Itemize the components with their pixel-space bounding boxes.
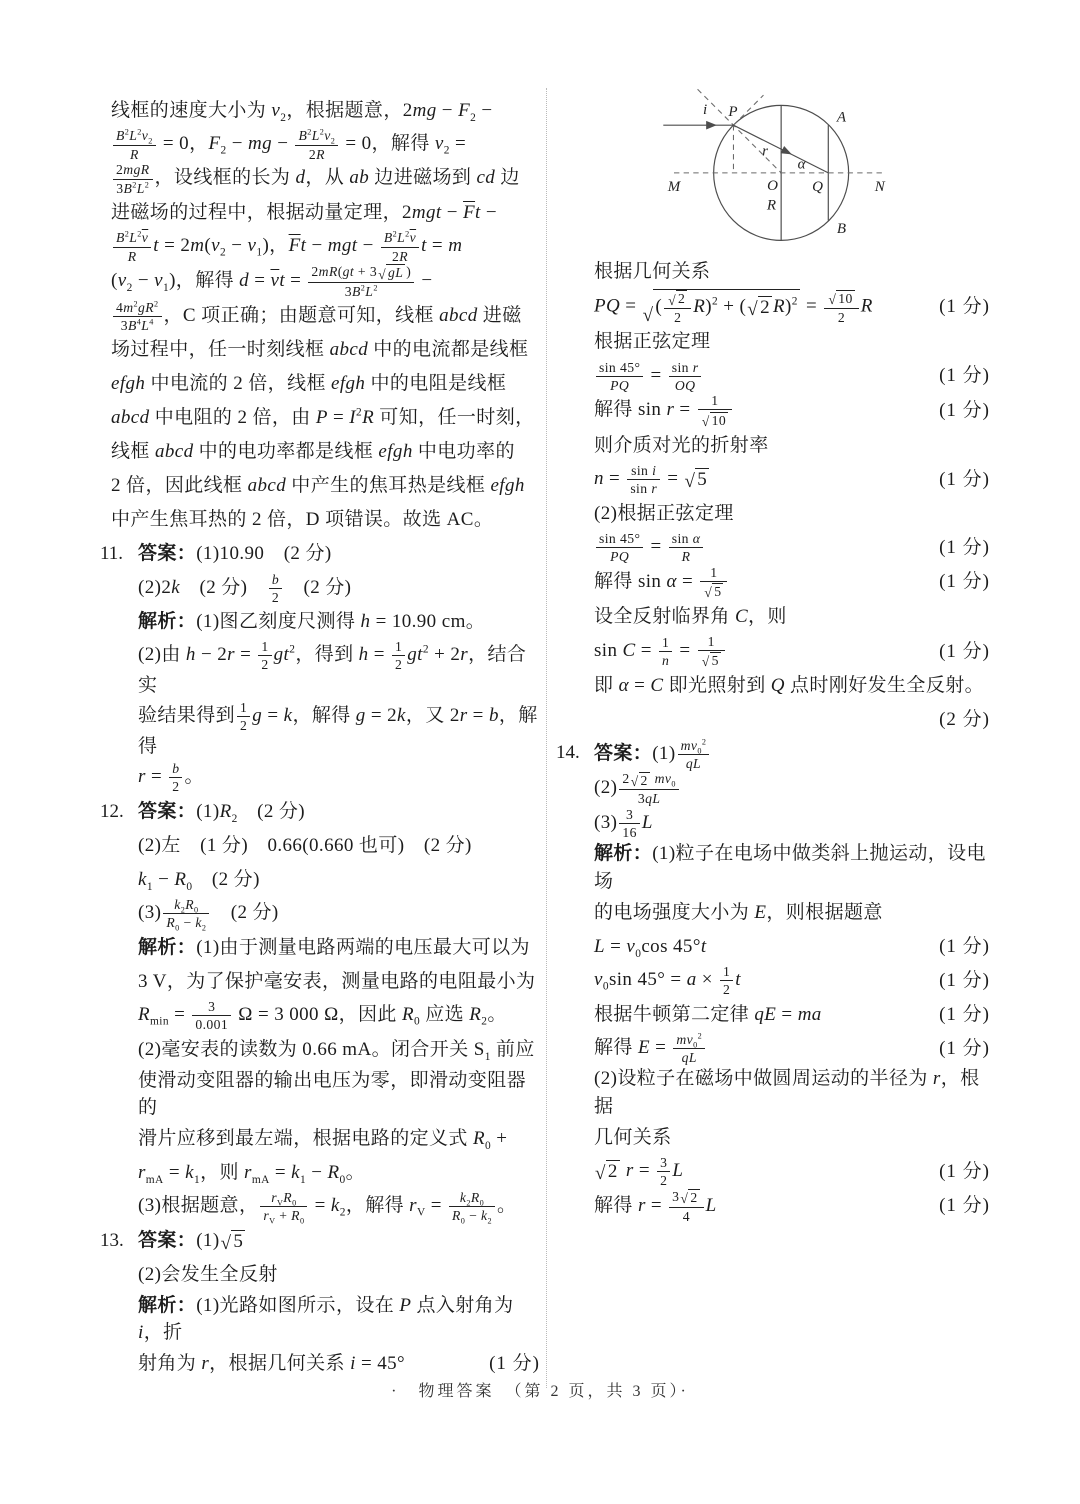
text-line: 线框的速度大小为 v2，根据题意，2mg − F2 −	[111, 94, 540, 128]
text-line: 即 α = C 即光照射到 Q 点时刚好发生全反射。	[594, 669, 990, 703]
score-mark: (1 分)	[939, 293, 990, 321]
text-line: 13.答案：(1)√5	[138, 1224, 540, 1258]
line-text: 14.答案：(1)mv02qL	[594, 738, 711, 771]
line-text: 根据牛顿第二定律 qE = ma	[594, 1001, 822, 1029]
score-mark: (1 分)	[939, 638, 990, 666]
line-text: 几何关系	[594, 1124, 672, 1152]
text-line: k1 − R0 (2 分)	[138, 863, 540, 897]
text-line: v0sin 45° = a × 12t(1 分)	[594, 963, 990, 997]
line-text: 13.答案：(1)√5	[138, 1227, 246, 1255]
normal-dashed	[698, 89, 782, 173]
text-line: (2 分)	[594, 703, 990, 737]
text-line: B2L2vRt = 2m(v2 − v1)，Ft − mgt − B2L2v2R…	[111, 230, 540, 264]
text-line: 解得 sin r = 1√10(1 分)	[594, 393, 990, 428]
problem-number: 13.	[100, 1227, 138, 1255]
text-line: 的电场强度大小为 E，则根据题意	[594, 895, 990, 929]
text-line: 3 V，为了保护毫安表，测量电路的电阻最小为	[138, 965, 540, 999]
text-line: abcd 中电阻的 2 倍，由 P = I2R 可知，任一时刻，	[111, 401, 540, 435]
optics-diagram-svg: P i A B M N O Q R r α	[644, 86, 944, 249]
line-text: 解析：(1)由于测量电路两端的电压最大可以为	[138, 934, 530, 962]
line-text: 解得 r = 3√24L	[594, 1189, 717, 1224]
continuation-block: 根据几何关系PQ = √(√22R)2 + (√2R)2 = √102R(1 分…	[594, 255, 990, 737]
score-mark: (2 分)	[939, 706, 990, 734]
text-line: 使滑动变阻器的输出电压为零，即滑动变阻器的	[138, 1067, 540, 1122]
left-column: 线框的速度大小为 v2，根据题意，2mg − F2 −B2L2v2R = 0，F…	[100, 94, 540, 1381]
page-footer: · 物理答案 （第 2 页，共 3 页）·	[0, 1378, 1080, 1401]
score-mark: (1 分)	[939, 534, 990, 562]
line-text: (2)根据正弦定理	[594, 500, 734, 528]
figure-label-A: A	[836, 109, 847, 125]
line-text: sin 45°PQ = sin rOQ	[594, 360, 703, 393]
text-line: sin C = 1n = 1√5(1 分)	[594, 634, 990, 669]
line-text: sin C = 1n = 1√5	[594, 634, 727, 669]
text-line: 解得 r = 3√24L(1 分)	[594, 1189, 990, 1224]
line-text: 2mgR3B2L2，设线框的长为 d，从 ab 边进磁场到 cd 边	[111, 162, 520, 195]
line-text: (2)由 h − 2r = 12gt2，得到 h = 12gt2 + 2r，结合…	[138, 639, 540, 700]
text-line: (3)316L	[594, 806, 990, 840]
line-text: B2L2v2R = 0，F2 − mg − B2L2v22R = 0，解得 v2…	[111, 128, 466, 161]
text-line: 11.答案：(1)10.90 (2 分)	[138, 537, 540, 571]
text-line: 滑片应移到最左端，根据电路的定义式 R0 +	[138, 1122, 540, 1156]
text-line: 验结果得到12g = k，解得 g = 2k，又 2r = b，解得	[138, 700, 540, 761]
figure-label-r: r	[762, 144, 768, 160]
text-line: PQ = √(√22R)2 + (√2R)2 = √102R(1 分)	[594, 289, 990, 325]
figure-label-B: B	[837, 221, 846, 237]
problem-block: 13.答案：(1)√5(2)会发生全反射解析：(1)光路如图所示，设在 P 点入…	[138, 1224, 540, 1381]
text-line: sin 45°PQ = sin αR(1 分)	[594, 531, 990, 565]
text-line: 解得 E = mv02qL(1 分)	[594, 1031, 990, 1065]
line-text: (2)设粒子在磁场中做圆周运动的半径为 r，根据	[594, 1065, 990, 1120]
text-line: 解得 sin α = 1√5(1 分)	[594, 565, 990, 600]
text-line: (2)设粒子在磁场中做圆周运动的半径为 r，根据	[594, 1065, 990, 1120]
line-text: 进磁场的过程中，根据动量定理，2mgt − Ft −	[111, 199, 497, 227]
score-mark: (1 分)	[939, 568, 990, 596]
line-text: 解析：(1)光路如图所示，设在 P 点入射角为 i，折	[138, 1292, 540, 1347]
line-text: 即 α = C 即光照射到 Q 点时刚好发生全反射。	[594, 672, 984, 700]
line-text: 滑片应移到最左端，根据电路的定义式 R0 +	[138, 1125, 507, 1153]
line-text: 12.答案：(1)R2 (2 分)	[138, 798, 305, 826]
line-text: 根据正弦定理	[594, 328, 710, 356]
text-line: 2mgR3B2L2，设线框的长为 d，从 ab 边进磁场到 cd 边	[111, 162, 540, 196]
line-text: (2)2√2 mv03qL	[594, 771, 681, 806]
line-text: 射角为 r，根据几何关系 i = 45°	[138, 1350, 405, 1378]
text-line: 4m2gR23B4L4，C 项正确；由题意可知，线框 abcd 进磁	[111, 299, 540, 333]
text-line: (2)2k (2 分) b2 (2 分)	[138, 571, 540, 605]
line-text: √2 r = 32L	[594, 1155, 683, 1188]
optics-figure: P i A B M N O Q R r α	[644, 86, 990, 249]
text-line: 进磁场的过程中，根据动量定理，2mgt − Ft −	[111, 196, 540, 230]
text-line: B2L2v2R = 0，F2 − mg − B2L2v22R = 0，解得 v2…	[111, 128, 540, 162]
score-mark: (1 分)	[939, 1158, 990, 1186]
line-text: 解析：(1)粒子在电场中做类斜上抛运动，设电场	[594, 840, 990, 895]
text-line: efgh 中电流的 2 倍，线框 efgh 中的电阻是线框	[111, 367, 540, 401]
score-mark: (1 分)	[939, 933, 990, 961]
text-line: n = sin isin r = √5(1 分)	[594, 463, 990, 497]
problem-number: 11.	[100, 540, 138, 568]
continuation-block: 线框的速度大小为 v2，根据题意，2mg − F2 −B2L2v2R = 0，F…	[111, 94, 540, 537]
text-line: 解析：(1)由于测量电路两端的电压最大可以为	[138, 931, 540, 965]
line-text: 解得 E = mv02qL	[594, 1032, 707, 1065]
line-text: 线框 abcd 中的电功率都是线框 efgh 中电功率的	[111, 438, 515, 466]
line-text: 的电场强度大小为 E，则根据题意	[594, 899, 883, 927]
text-line: 根据正弦定理	[594, 325, 990, 359]
figure-label-N: N	[874, 179, 886, 195]
problem-block: 11.答案：(1)10.90 (2 分)(2)2k (2 分) b2 (2 分)…	[138, 537, 540, 794]
line-text: (v2 − v1)，解得 d = vt = 2mR(gt + 3√gL)3B2L…	[111, 264, 432, 299]
score-mark: (1 分)	[939, 1192, 990, 1220]
column-divider	[546, 88, 547, 1388]
line-text: (2)左 (1 分) 0.66(0.660 也可) (2 分)	[138, 832, 472, 860]
line-text: 中产生焦耳热的 2 倍，D 项错误。故选 AC。	[111, 506, 493, 534]
score-mark: (1 分)	[939, 1035, 990, 1063]
problem-block: 14.答案：(1)mv02qL(2)2√2 mv03qL(3)316L解析：(1…	[594, 737, 990, 1224]
text-line: r = b2。	[138, 761, 540, 795]
line-text: 11.答案：(1)10.90 (2 分)	[138, 540, 332, 568]
text-line: 根据几何关系	[594, 255, 990, 289]
line-text: efgh 中电流的 2 倍，线框 efgh 中的电阻是线框	[111, 370, 506, 398]
text-line: (2)会发生全反射	[138, 1258, 540, 1292]
line-text: (3)k2R0R0 − k2 (2 分)	[138, 897, 279, 930]
problem-block: 12.答案：(1)R2 (2 分)(2)左 (1 分) 0.66(0.660 也…	[138, 795, 540, 1224]
score-mark: (1 分)	[939, 1001, 990, 1029]
line-text: v0sin 45° = a × 12t	[594, 964, 741, 997]
line-text: (3)316L	[594, 807, 653, 840]
text-line: 射角为 r，根据几何关系 i = 45°(1 分)	[138, 1347, 540, 1381]
line-text: (2)会发生全反射	[138, 1261, 278, 1289]
text-line: (2)根据正弦定理	[594, 497, 990, 531]
line-text: (2)2k (2 分) b2 (2 分)	[138, 572, 351, 605]
line-text: (2)毫安表的读数为 0.66 mA。闭合开关 S1 前应	[138, 1036, 535, 1064]
text-line: L = v0cos 45°t(1 分)	[594, 929, 990, 963]
line-text: 根据几何关系	[594, 258, 710, 286]
text-line: 解析：(1)光路如图所示，设在 P 点入射角为 i，折	[138, 1292, 540, 1347]
text-line: (2)由 h − 2r = 12gt2，得到 h = 12gt2 + 2r，结合…	[138, 639, 540, 700]
score-mark: (1 分)	[939, 466, 990, 494]
line-text: Rmin = 30.001 Ω = 3 000 Ω，因此 R0 应选 R2。	[138, 999, 507, 1032]
text-line: 解析：(1)粒子在电场中做类斜上抛运动，设电场	[594, 840, 990, 895]
text-line: 根据牛顿第二定律 qE = ma(1 分)	[594, 997, 990, 1031]
right-column: P i A B M N O Q R r α 根据几何关系PQ = √(√22R)…	[556, 86, 990, 1224]
text-line: 几何关系	[594, 1121, 990, 1155]
text-line: (2)毫安表的读数为 0.66 mA。闭合开关 S1 前应	[138, 1033, 540, 1067]
text-line: (3)根据题意，rVR0rV + R0 = k2，解得 rV = k2R0R0 …	[138, 1190, 540, 1224]
text-line: (2)2√2 mv03qL	[594, 771, 990, 806]
line-text: PQ = √(√22R)2 + (√2R)2 = √102R	[594, 289, 873, 325]
figure-label-i: i	[703, 102, 707, 118]
right-column-lines: 根据几何关系PQ = √(√22R)2 + (√2R)2 = √102R(1 分…	[556, 255, 990, 1224]
figure-label-O: O	[767, 178, 778, 194]
line-text: abcd 中电阻的 2 倍，由 P = I2R 可知，任一时刻，	[111, 404, 535, 432]
line-text: 线框的速度大小为 v2，根据题意，2mg − F2 −	[111, 97, 492, 125]
text-line: rmA = k1，则 rmA = k1 − R0。	[138, 1156, 540, 1190]
line-text: n = sin isin r = √5	[594, 463, 710, 496]
figure-label-alpha: α	[798, 157, 807, 173]
line-text: 解析：(1)图乙刻度尺测得 h = 10.90 cm。	[138, 608, 485, 636]
text-line: (v2 − v1)，解得 d = vt = 2mR(gt + 3√gL)3B2L…	[111, 264, 540, 299]
problem-number: 12.	[100, 798, 138, 826]
text-line: (3)k2R0R0 − k2 (2 分)	[138, 897, 540, 931]
text-line: 2 倍，因此线框 abcd 中产生的焦耳热是线框 efgh	[111, 469, 540, 503]
physics-answer-sheet-page: 线框的速度大小为 v2，根据题意，2mg − F2 −B2L2v2R = 0，F…	[0, 0, 1080, 1504]
line-text: sin 45°PQ = sin αR	[594, 531, 705, 564]
line-text: 解得 sin α = 1√5	[594, 565, 729, 600]
figure-label-R: R	[766, 197, 776, 213]
line-text: 解得 sin r = 1√10	[594, 393, 734, 428]
score-mark: (1 分)	[939, 362, 990, 390]
text-line: 线框 abcd 中的电功率都是线框 efgh 中电功率的	[111, 435, 540, 469]
line-text: 4m2gR23B4L4，C 项正确；由题意可知，线框 abcd 进磁	[111, 300, 522, 333]
score-mark: (1 分)	[939, 967, 990, 995]
line-text: k1 − R0 (2 分)	[138, 866, 260, 894]
line-text: 2 倍，因此线框 abcd 中产生的焦耳热是线框 efgh	[111, 472, 525, 500]
line-text: 使滑动变阻器的输出电压为零，即滑动变阻器的	[138, 1067, 540, 1122]
line-text: (3)根据题意，rVR0rV + R0 = k2，解得 rV = k2R0R0 …	[138, 1190, 516, 1223]
line-text: 设全反射临界角 C，则	[594, 603, 787, 631]
refracted-ray-arrowhead	[781, 146, 792, 154]
text-line: 解析：(1)图乙刻度尺测得 h = 10.90 cm。	[138, 605, 540, 639]
incident-ray-arrowhead	[706, 121, 717, 130]
line-text: 3 V，为了保护毫安表，测量电路的电阻最小为	[138, 968, 535, 996]
text-line: (2)左 (1 分) 0.66(0.660 也可) (2 分)	[138, 829, 540, 863]
text-line: 设全反射临界角 C，则	[594, 600, 990, 634]
figure-label-Q: Q	[812, 179, 823, 195]
text-line: sin 45°PQ = sin rOQ(1 分)	[594, 359, 990, 393]
line-text: 验结果得到12g = k，解得 g = 2k，又 2r = b，解得	[138, 700, 540, 761]
figure-label-M: M	[667, 179, 682, 195]
score-mark: (1 分)	[939, 397, 990, 425]
score-mark: (1 分)	[489, 1350, 540, 1378]
line-text: L = v0cos 45°t	[594, 933, 707, 961]
text-line: 场过程中，任一时刻线框 abcd 中的电流都是线框	[111, 333, 540, 367]
text-line: √2 r = 32L(1 分)	[594, 1155, 990, 1189]
text-line: 14.答案：(1)mv02qL	[594, 737, 990, 771]
text-line: 12.答案：(1)R2 (2 分)	[138, 795, 540, 829]
line-text: B2L2vRt = 2m(v2 − v1)，Ft − mgt − B2L2v2R…	[111, 230, 462, 263]
line-text: 场过程中，任一时刻线框 abcd 中的电流都是线框	[111, 336, 528, 364]
problem-number: 14.	[556, 739, 594, 767]
line-text: rmA = k1，则 rmA = k1 − R0。	[138, 1159, 365, 1187]
text-line: Rmin = 30.001 Ω = 3 000 Ω，因此 R0 应选 R2。	[138, 999, 540, 1033]
line-text: 则介质对光的折射率	[594, 432, 769, 460]
text-line: 则介质对光的折射率	[594, 429, 990, 463]
text-line: 中产生焦耳热的 2 倍，D 项错误。故选 AC。	[111, 503, 540, 537]
line-text: r = b2。	[138, 761, 204, 794]
figure-label-P: P	[727, 104, 737, 120]
